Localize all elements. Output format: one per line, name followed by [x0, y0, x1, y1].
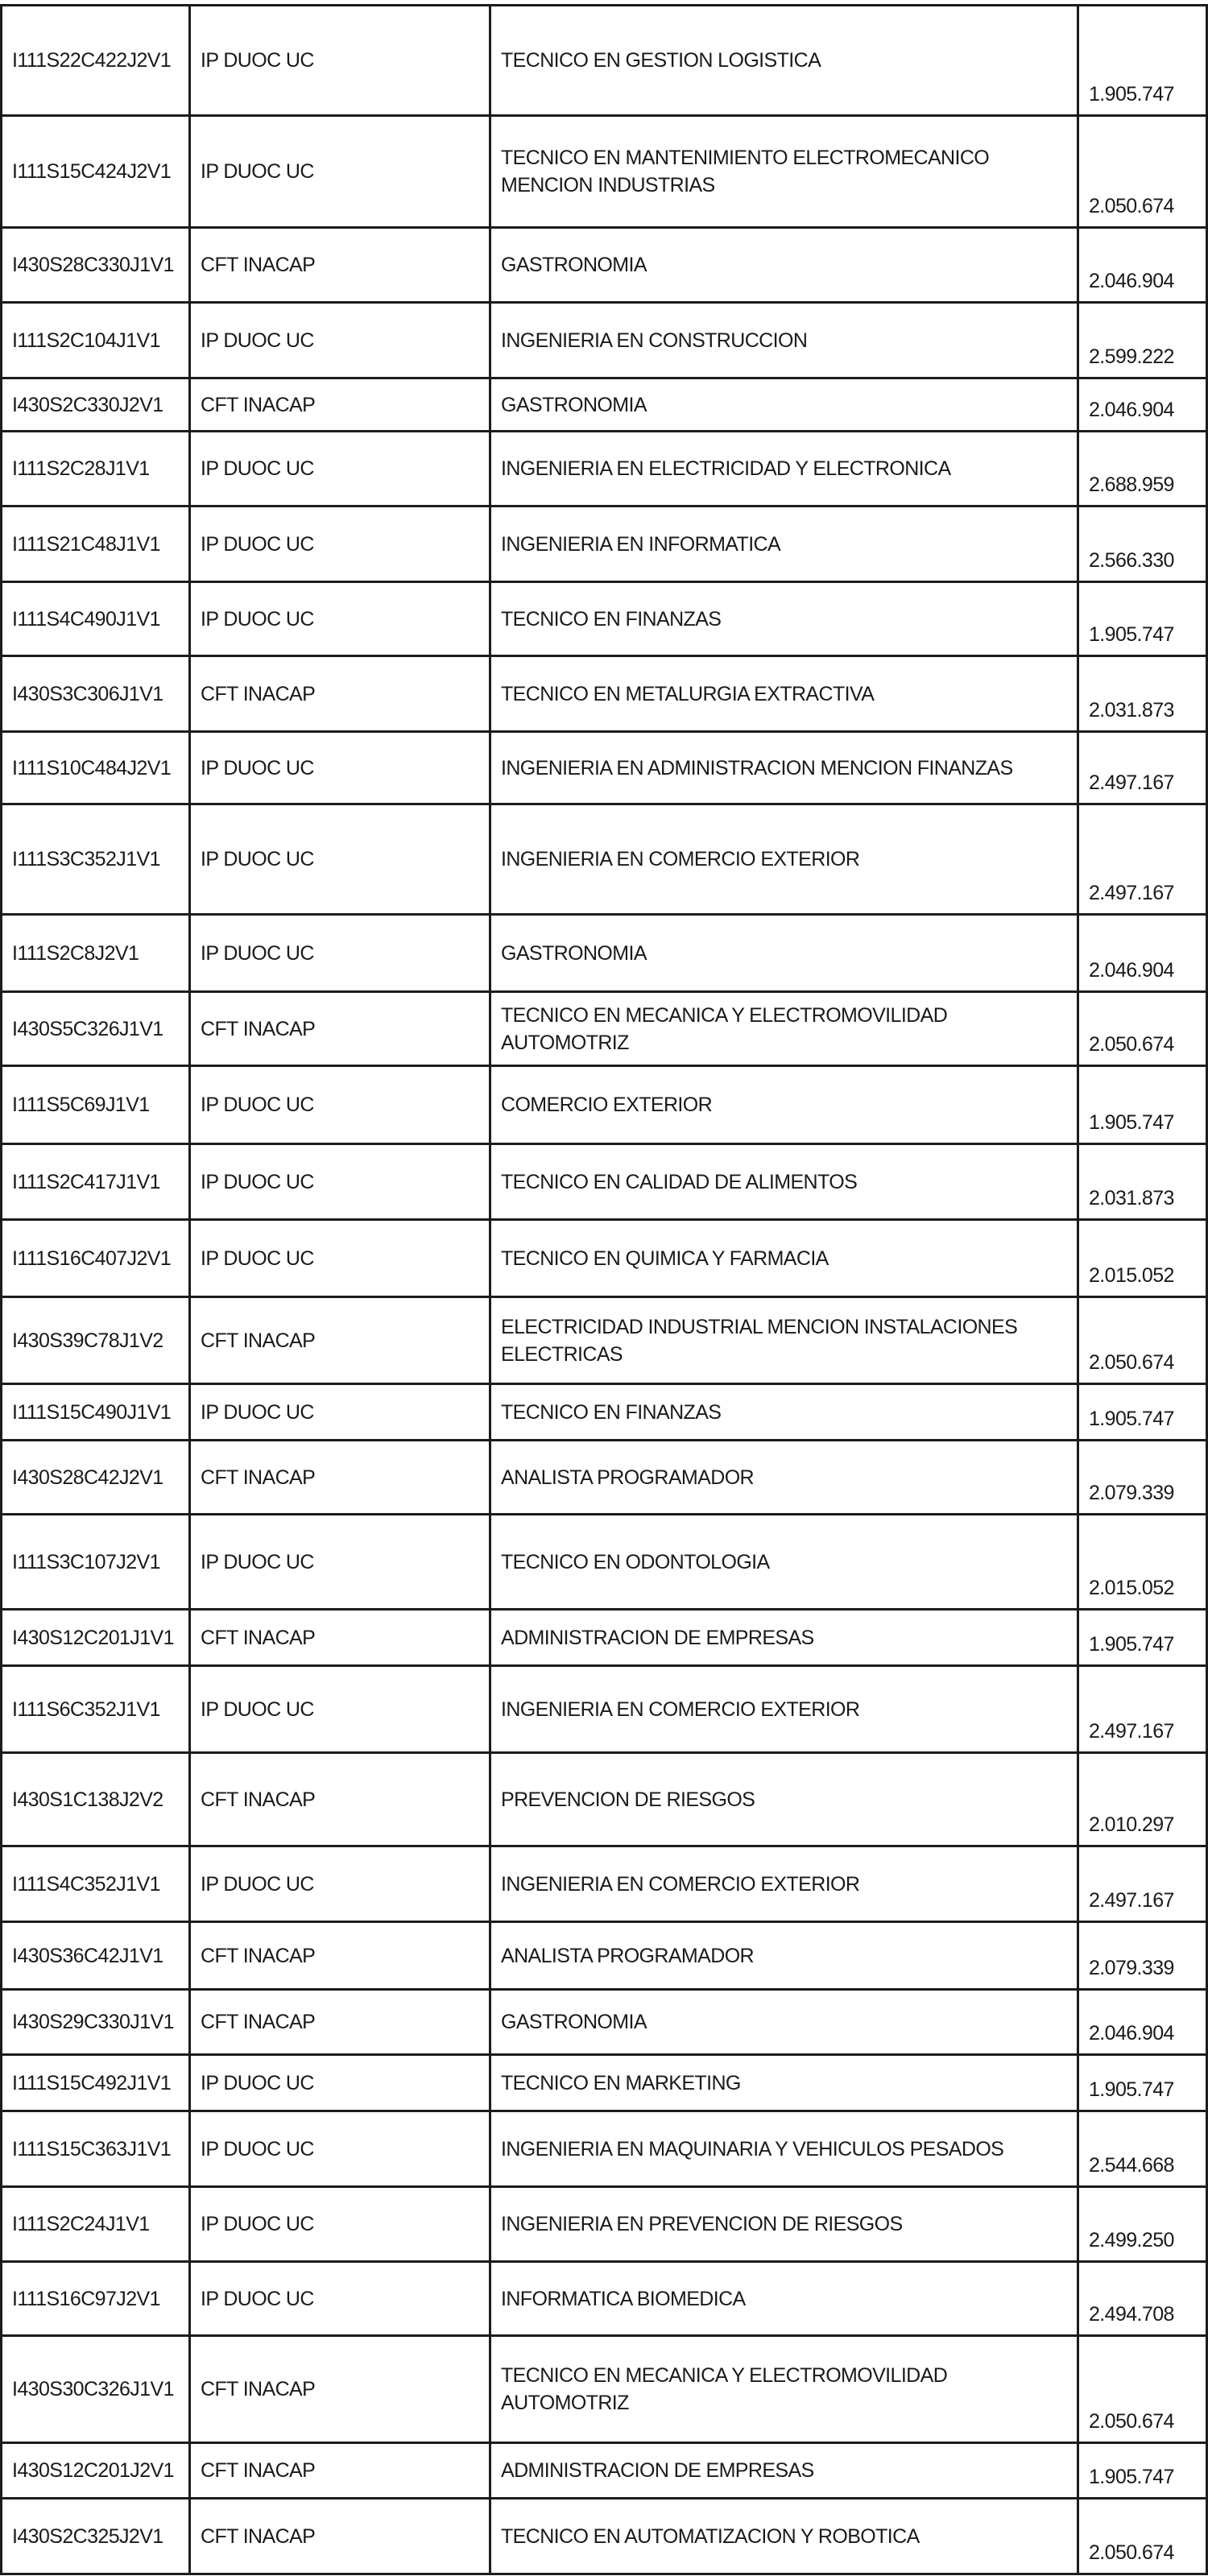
table-row: I111S15C363J1V1IP DUOC UCINGENIERIA EN M… [2, 2111, 1207, 2187]
table-row: I111S4C352J1V1IP DUOC UCINGENIERIA EN CO… [2, 1846, 1207, 1922]
program-code-cell: I111S3C352J1V1 [2, 804, 190, 915]
table-row: I111S16C97J2V1IP DUOC UCINFORMATICA BIOM… [2, 2262, 1207, 2336]
institution-cell: IP DUOC UC [190, 2055, 490, 2111]
table-row: I430S28C330J1V1CFT INACAPGASTRONOMIA2.04… [2, 228, 1207, 303]
amount-cell: 2.497.167 [1078, 804, 1207, 915]
program-code-cell: I430S29C330J1V1 [2, 1990, 190, 2055]
institution-cell: CFT INACAP [190, 656, 490, 732]
table-row: I111S2C417J1V1IP DUOC UCTECNICO EN CALID… [2, 1144, 1207, 1220]
table-row: I430S30C326J1V1CFT INACAPTECNICO EN MECA… [2, 2336, 1207, 2443]
amount-cell: 2.015.052 [1078, 1515, 1207, 1610]
institution-cell: IP DUOC UC [190, 303, 490, 378]
amount-cell: 2.688.959 [1078, 432, 1207, 507]
programs-table-body: I111S22C422J2V1IP DUOC UCTECNICO EN GEST… [2, 6, 1207, 2574]
program-code-cell: I111S6C352J1V1 [2, 1666, 190, 1753]
table-row: I111S16C407J2V1IP DUOC UCTECNICO EN QUIM… [2, 1220, 1207, 1297]
program-code-cell: I430S2C325J2V1 [2, 2499, 190, 2574]
table-row: I111S2C8J2V1IP DUOC UCGASTRONOMIA2.046.9… [2, 915, 1207, 992]
program-name-cell: ADMINISTRACION DE EMPRESAS [490, 1610, 1078, 1666]
program-name-cell: ELECTRICIDAD INDUSTRIAL MENCION INSTALAC… [490, 1297, 1078, 1384]
amount-cell: 2.050.674 [1078, 116, 1207, 228]
table-row: I111S2C28J1V1IP DUOC UCINGENIERIA EN ELE… [2, 432, 1207, 507]
amount-cell: 1.905.747 [1078, 6, 1207, 116]
institution-cell: CFT INACAP [190, 1990, 490, 2055]
program-name-cell: INGENIERIA EN COMERCIO EXTERIOR [490, 804, 1078, 915]
table-row: I430S28C42J2V1CFT INACAPANALISTA PROGRAM… [2, 1441, 1207, 1515]
table-row: I430S3C306J1V1CFT INACAPTECNICO EN METAL… [2, 656, 1207, 732]
institution-cell: IP DUOC UC [190, 507, 490, 582]
amount-cell: 2.079.339 [1078, 1441, 1207, 1515]
program-name-cell: ADMINISTRACION DE EMPRESAS [490, 2443, 1078, 2499]
program-name-cell: TECNICO EN AUTOMATIZACION Y ROBOTICA [490, 2499, 1078, 2574]
program-name-cell: TECNICO EN FINANZAS [490, 1384, 1078, 1441]
program-name-cell: TECNICO EN QUIMICA Y FARMACIA [490, 1220, 1078, 1297]
table-row: I111S6C352J1V1IP DUOC UCINGENIERIA EN CO… [2, 1666, 1207, 1753]
program-name-cell: INGENIERIA EN COMERCIO EXTERIOR [490, 1846, 1078, 1922]
table-row: I111S15C424J2V1IP DUOC UCTECNICO EN MANT… [2, 116, 1207, 228]
institution-cell: CFT INACAP [190, 378, 490, 432]
program-name-cell: GASTRONOMIA [490, 378, 1078, 432]
table-row: I430S2C330J2V1CFT INACAPGASTRONOMIA2.046… [2, 378, 1207, 432]
amount-cell: 2.050.674 [1078, 992, 1207, 1066]
program-name-cell: INGENIERIA EN COMERCIO EXTERIOR [490, 1666, 1078, 1753]
table-row: I430S29C330J1V1CFT INACAPGASTRONOMIA2.04… [2, 1990, 1207, 2055]
institution-cell: CFT INACAP [190, 228, 490, 303]
program-code-cell: I430S12C201J2V1 [2, 2443, 190, 2499]
table-row: I430S12C201J2V1CFT INACAPADMINISTRACION … [2, 2443, 1207, 2499]
program-name-cell: GASTRONOMIA [490, 228, 1078, 303]
program-name-cell: ANALISTA PROGRAMADOR [490, 1441, 1078, 1515]
program-code-cell: I111S15C492J1V1 [2, 2055, 190, 2111]
amount-cell: 2.499.250 [1078, 2187, 1207, 2262]
table-row: I111S10C484J2V1IP DUOC UCINGENIERIA EN A… [2, 732, 1207, 804]
amount-cell: 1.905.747 [1078, 2055, 1207, 2111]
table-row: I430S36C42J1V1CFT INACAPANALISTA PROGRAM… [2, 1922, 1207, 1990]
institution-cell: IP DUOC UC [190, 1384, 490, 1441]
program-code-cell: I430S28C42J2V1 [2, 1441, 190, 1515]
programs-table: I111S22C422J2V1IP DUOC UCTECNICO EN GEST… [0, 4, 1208, 2575]
table-row: I430S5C326J1V1CFT INACAPTECNICO EN MECAN… [2, 992, 1207, 1066]
table-row: I111S4C490J1V1IP DUOC UCTECNICO EN FINAN… [2, 582, 1207, 656]
institution-cell: CFT INACAP [190, 1441, 490, 1515]
institution-cell: CFT INACAP [190, 1297, 490, 1384]
program-name-cell: INGENIERIA EN PREVENCION DE RIESGOS [490, 2187, 1078, 2262]
program-name-cell: TECNICO EN CALIDAD DE ALIMENTOS [490, 1144, 1078, 1220]
table-row: I111S22C422J2V1IP DUOC UCTECNICO EN GEST… [2, 6, 1207, 116]
program-name-cell: INGENIERIA EN ELECTRICIDAD Y ELECTRONICA [490, 432, 1078, 507]
institution-cell: IP DUOC UC [190, 804, 490, 915]
program-code-cell: I111S2C104J1V1 [2, 303, 190, 378]
amount-cell: 1.905.747 [1078, 1066, 1207, 1144]
institution-cell: IP DUOC UC [190, 1666, 490, 1753]
program-code-cell: I430S3C306J1V1 [2, 656, 190, 732]
program-code-cell: I111S4C352J1V1 [2, 1846, 190, 1922]
program-name-cell: TECNICO EN FINANZAS [490, 582, 1078, 656]
amount-cell: 2.031.873 [1078, 656, 1207, 732]
program-code-cell: I111S10C484J2V1 [2, 732, 190, 804]
amount-cell: 2.497.167 [1078, 1846, 1207, 1922]
program-code-cell: I430S2C330J2V1 [2, 378, 190, 432]
amount-cell: 2.010.297 [1078, 1753, 1207, 1846]
program-code-cell: I430S36C42J1V1 [2, 1922, 190, 1990]
program-name-cell: TECNICO EN MECANICA Y ELECTROMOVILIDAD A… [490, 992, 1078, 1066]
amount-cell: 2.079.339 [1078, 1922, 1207, 1990]
institution-cell: IP DUOC UC [190, 2262, 490, 2336]
amount-cell: 2.046.904 [1078, 378, 1207, 432]
program-name-cell: INGENIERIA EN ADMINISTRACION MENCION FIN… [490, 732, 1078, 804]
program-name-cell: TECNICO EN GESTION LOGISTICA [490, 6, 1078, 116]
table-row: I111S3C107J2V1IP DUOC UCTECNICO EN ODONT… [2, 1515, 1207, 1610]
institution-cell: CFT INACAP [190, 1753, 490, 1846]
program-code-cell: I111S5C69J1V1 [2, 1066, 190, 1144]
program-code-cell: I111S15C363J1V1 [2, 2111, 190, 2187]
institution-cell: CFT INACAP [190, 2443, 490, 2499]
program-name-cell: GASTRONOMIA [490, 915, 1078, 992]
program-code-cell: I430S30C326J1V1 [2, 2336, 190, 2443]
program-code-cell: I111S3C107J2V1 [2, 1515, 190, 1610]
program-name-cell: INGENIERIA EN CONSTRUCCION [490, 303, 1078, 378]
amount-cell: 1.905.747 [1078, 582, 1207, 656]
program-name-cell: ANALISTA PROGRAMADOR [490, 1922, 1078, 1990]
table-row: I111S15C490J1V1IP DUOC UCTECNICO EN FINA… [2, 1384, 1207, 1441]
institution-cell: IP DUOC UC [190, 732, 490, 804]
program-name-cell: INGENIERIA EN MAQUINARIA Y VEHICULOS PES… [490, 2111, 1078, 2187]
institution-cell: CFT INACAP [190, 1922, 490, 1990]
program-code-cell: I111S2C24J1V1 [2, 2187, 190, 2262]
table-row: I111S21C48J1V1IP DUOC UCINGENIERIA EN IN… [2, 507, 1207, 582]
amount-cell: 2.031.873 [1078, 1144, 1207, 1220]
institution-cell: CFT INACAP [190, 1610, 490, 1666]
amount-cell: 1.905.747 [1078, 1610, 1207, 1666]
program-name-cell: TECNICO EN MANTENIMIENTO ELECTROMECANICO… [490, 116, 1078, 228]
program-code-cell: I111S2C8J2V1 [2, 915, 190, 992]
table-row: I430S1C138J2V2CFT INACAPPREVENCION DE RI… [2, 1753, 1207, 1846]
program-code-cell: I430S12C201J1V1 [2, 1610, 190, 1666]
program-name-cell: TECNICO EN ODONTOLOGIA [490, 1515, 1078, 1610]
table-row: I111S2C24J1V1IP DUOC UCINGENIERIA EN PRE… [2, 2187, 1207, 2262]
institution-cell: CFT INACAP [190, 992, 490, 1066]
amount-cell: 2.050.674 [1078, 2336, 1207, 2443]
program-name-cell: INGENIERIA EN INFORMATICA [490, 507, 1078, 582]
program-code-cell: I111S15C424J2V1 [2, 116, 190, 228]
amount-cell: 2.050.674 [1078, 1297, 1207, 1384]
institution-cell: IP DUOC UC [190, 582, 490, 656]
institution-cell: IP DUOC UC [190, 1220, 490, 1297]
amount-cell: 2.046.904 [1078, 228, 1207, 303]
program-name-cell: GASTRONOMIA [490, 1990, 1078, 2055]
institution-cell: IP DUOC UC [190, 915, 490, 992]
program-code-cell: I111S2C28J1V1 [2, 432, 190, 507]
amount-cell: 2.015.052 [1078, 1220, 1207, 1297]
institution-cell: IP DUOC UC [190, 432, 490, 507]
program-code-cell: I111S21C48J1V1 [2, 507, 190, 582]
institution-cell: IP DUOC UC [190, 1515, 490, 1610]
amount-cell: 2.497.167 [1078, 732, 1207, 804]
amount-cell: 2.497.167 [1078, 1666, 1207, 1753]
program-name-cell: TECNICO EN MECANICA Y ELECTROMOVILIDAD A… [490, 2336, 1078, 2443]
program-code-cell: I430S39C78J1V2 [2, 1297, 190, 1384]
program-name-cell: INFORMATICA BIOMEDICA [490, 2262, 1078, 2336]
amount-cell: 1.905.747 [1078, 2443, 1207, 2499]
amount-cell: 2.046.904 [1078, 915, 1207, 992]
table-row: I111S2C104J1V1IP DUOC UCINGENIERIA EN CO… [2, 303, 1207, 378]
program-name-cell: COMERCIO EXTERIOR [490, 1066, 1078, 1144]
program-code-cell: I111S4C490J1V1 [2, 582, 190, 656]
table-row: I430S39C78J1V2CFT INACAPELECTRICIDAD IND… [2, 1297, 1207, 1384]
program-code-cell: I430S28C330J1V1 [2, 228, 190, 303]
amount-cell: 2.050.674 [1078, 2499, 1207, 2574]
amount-cell: 2.544.668 [1078, 2111, 1207, 2187]
program-code-cell: I111S16C97J2V1 [2, 2262, 190, 2336]
amount-cell: 2.494.708 [1078, 2262, 1207, 2336]
program-code-cell: I111S22C422J2V1 [2, 6, 190, 116]
institution-cell: IP DUOC UC [190, 6, 490, 116]
table-row: I111S5C69J1V1IP DUOC UCCOMERCIO EXTERIOR… [2, 1066, 1207, 1144]
institution-cell: CFT INACAP [190, 2499, 490, 2574]
institution-cell: IP DUOC UC [190, 1066, 490, 1144]
program-name-cell: TECNICO EN METALURGIA EXTRACTIVA [490, 656, 1078, 732]
table-row: I430S2C325J2V1CFT INACAPTECNICO EN AUTOM… [2, 2499, 1207, 2574]
amount-cell: 2.566.330 [1078, 507, 1207, 582]
program-name-cell: TECNICO EN MARKETING [490, 2055, 1078, 2111]
program-code-cell: I111S15C490J1V1 [2, 1384, 190, 1441]
institution-cell: IP DUOC UC [190, 1846, 490, 1922]
program-code-cell: I111S2C417J1V1 [2, 1144, 190, 1220]
amount-cell: 2.599.222 [1078, 303, 1207, 378]
program-code-cell: I430S5C326J1V1 [2, 992, 190, 1066]
amount-cell: 1.905.747 [1078, 1384, 1207, 1441]
institution-cell: IP DUOC UC [190, 1144, 490, 1220]
table-row: I430S12C201J1V1CFT INACAPADMINISTRACION … [2, 1610, 1207, 1666]
institution-cell: IP DUOC UC [190, 116, 490, 228]
program-name-cell: PREVENCION DE RIESGOS [490, 1753, 1078, 1846]
program-code-cell: I430S1C138J2V2 [2, 1753, 190, 1846]
table-row: I111S15C492J1V1IP DUOC UCTECNICO EN MARK… [2, 2055, 1207, 2111]
table-row: I111S3C352J1V1IP DUOC UCINGENIERIA EN CO… [2, 804, 1207, 915]
program-code-cell: I111S16C407J2V1 [2, 1220, 190, 1297]
institution-cell: IP DUOC UC [190, 2187, 490, 2262]
amount-cell: 2.046.904 [1078, 1990, 1207, 2055]
institution-cell: CFT INACAP [190, 2336, 490, 2443]
institution-cell: IP DUOC UC [190, 2111, 490, 2187]
